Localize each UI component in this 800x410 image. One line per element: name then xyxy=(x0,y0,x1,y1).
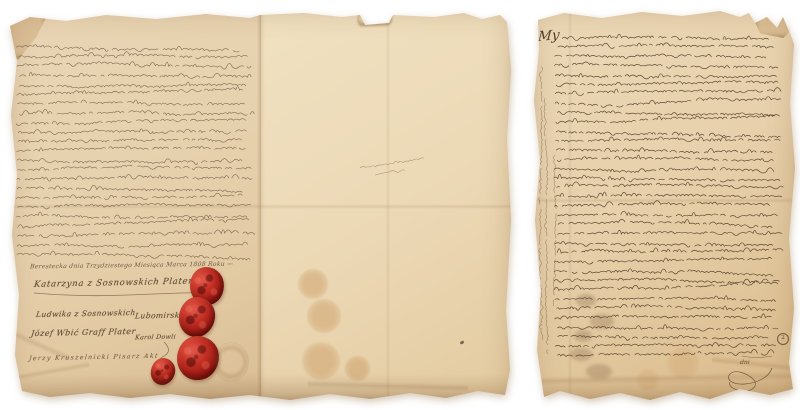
torn-corner-flap xyxy=(754,8,796,38)
bifolium-sheet: Berestecka dnia Trzydziestego Miesiąca M… xyxy=(8,10,512,400)
vertical-crease xyxy=(386,10,390,400)
page-number-mark: 2 xyxy=(777,333,789,345)
round-stain xyxy=(666,346,700,380)
bifolium-clip: Berestecka dnia Trzydziestego Miesiąca M… xyxy=(8,10,512,400)
seal-bleed-stain xyxy=(301,341,341,381)
seal-bleed-stain xyxy=(297,268,329,300)
wrinkle-shadow xyxy=(712,356,796,373)
signature-lubomirska: Lubomirska xyxy=(134,310,185,320)
second-sheet: My dni 2 xyxy=(532,8,796,402)
ink-smudge xyxy=(574,330,592,342)
closing-word: dni xyxy=(740,359,751,366)
ink-smudge xyxy=(570,348,592,361)
signature-karol: Karol Dowli xyxy=(135,334,177,342)
horizontal-crease xyxy=(8,204,512,209)
seal-bleed-stain xyxy=(306,298,342,334)
ink-smudge xyxy=(576,294,596,307)
text-page-right: My dni 2 xyxy=(532,8,796,402)
opening-initial: My xyxy=(537,27,560,45)
vertical-crease xyxy=(568,8,572,402)
ink-smudge xyxy=(590,314,614,329)
seal-bleed-stain xyxy=(344,355,371,382)
round-stain xyxy=(636,368,660,392)
ink-smudge xyxy=(586,364,612,379)
embossed-seal xyxy=(213,342,249,382)
manuscript-photo: Berestecka dnia Trzydziestego Miesiąca M… xyxy=(0,0,800,410)
